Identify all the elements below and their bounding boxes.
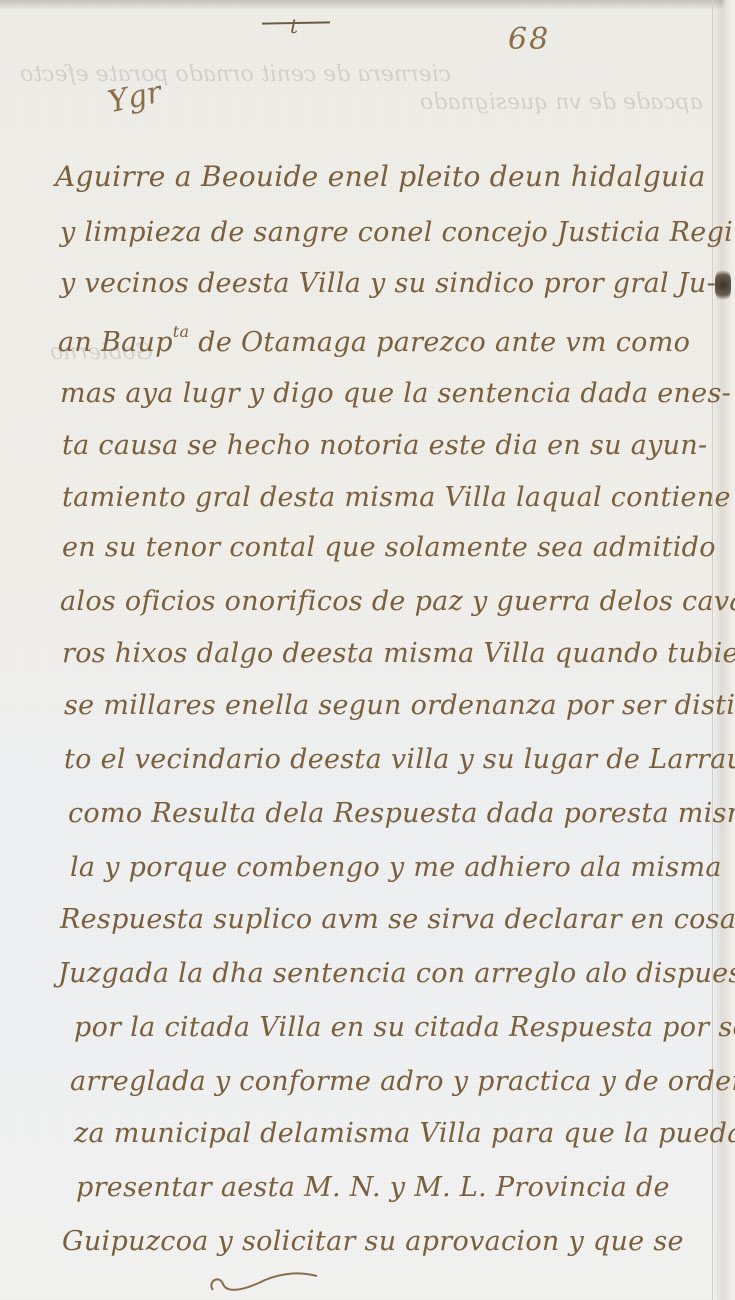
bleed-through-text: apcade de vn quesignado [420,90,703,115]
manuscript-line-21: Guipuzcoa y solicitar su aprovacion y qu… [62,1226,684,1257]
bleed-through-text: ciernera de cenit ornado porate efecto [20,62,451,87]
manuscript-line-4: an Baupta de Otamaga parezco ante vm com… [58,322,690,358]
manuscript-page: ciernera de cenit ornado porate efecto a… [0,0,735,1300]
manuscript-line-15: Respuesta suplico avm se sirva declarar … [60,904,735,935]
manuscript-line-8: en su tenor contal que solamente sea adm… [62,532,716,563]
closing-flourish [205,1260,325,1296]
manuscript-line-1: Aguirre a Beouide enel pleito deun hidal… [55,160,706,193]
manuscript-line-19: za municipal delamisma Villa para que la… [74,1118,735,1149]
manuscript-line-10: ros hixos dalgo deesta misma Villa quand… [62,638,735,669]
manuscript-line-5: mas aya lugr y digo que la sentencia dad… [60,378,731,409]
manuscript-line-20: presentar aesta M. N. y M. L. Provincia … [76,1172,670,1203]
manuscript-line-13: como Resulta dela Respuesta dada poresta… [68,798,735,829]
manuscript-line-3: y vecinos deesta Villa y su sindico pror… [60,268,716,299]
ink-stain [715,268,731,302]
manuscript-line-14: la y porque combengo y me adhiero ala mi… [70,852,722,883]
manuscript-line-17: por la citada Villa en su citada Respues… [74,1012,735,1043]
page-top-shadow [0,0,735,10]
header-cross-mark: t [262,18,332,36]
manuscript-line-11: se millares enella segun ordenanza por s… [64,690,735,721]
manuscript-line-2: y limpieza de sangre conel concejo Justi… [60,212,735,248]
manuscript-line-16: Juzgada la dha sentencia con arreglo alo… [58,958,735,989]
manuscript-line-12: to el vecindario deesta villa y su lugar… [64,744,735,775]
manuscript-line-6: ta causa se hecho notoria este dia en su… [62,430,707,461]
manuscript-line-9: alos oficios onorificos de paz y guerra … [60,586,735,617]
manuscript-line-7: tamiento gral desta misma Villa laqual c… [62,482,731,513]
folio-number: 68 [508,22,550,57]
manuscript-line-18: arreglada y conforme adro y practica y d… [70,1066,735,1097]
